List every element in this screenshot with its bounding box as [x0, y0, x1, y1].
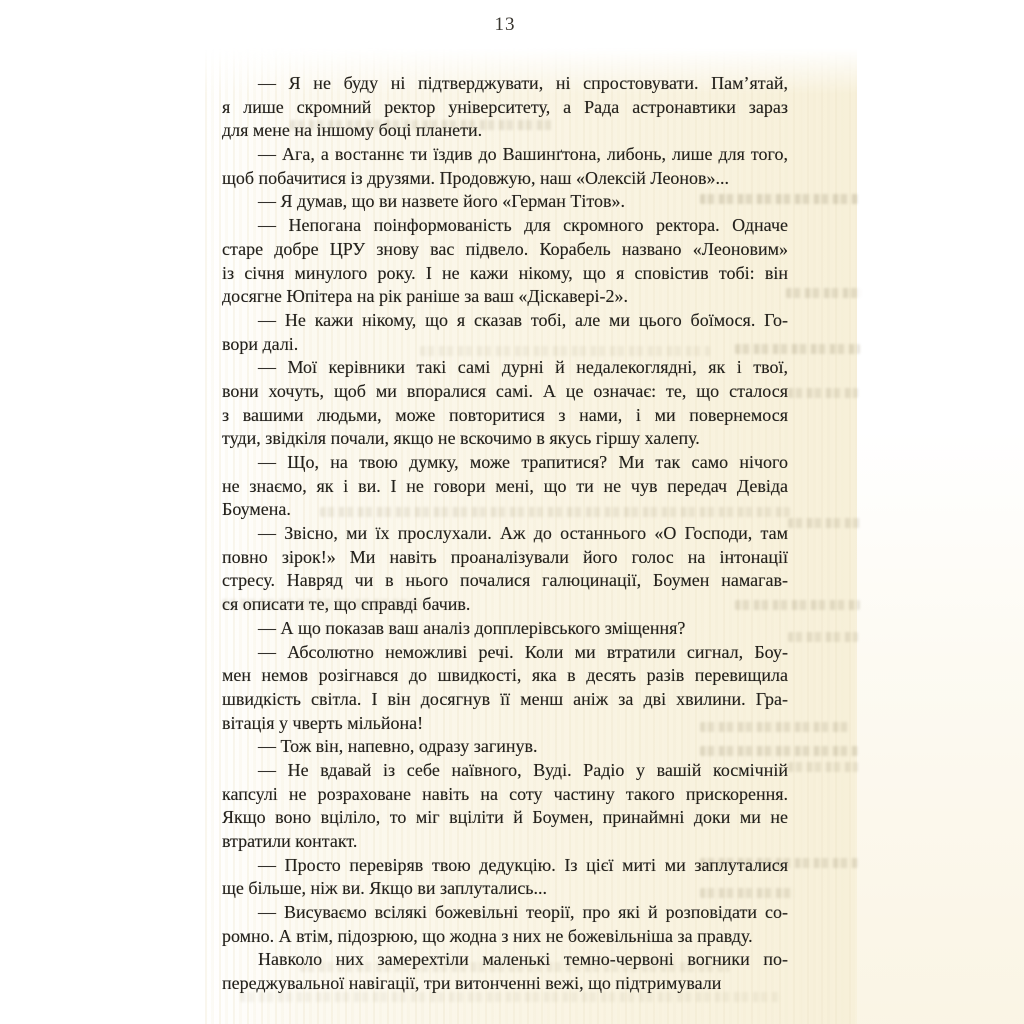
text-line: — Ага, а востаннє ти їздив до Вашинґтона…	[222, 143, 788, 167]
text-line: ся описати те, що справді бачив.	[222, 593, 788, 617]
bleed-through-artifact	[788, 632, 858, 642]
bleed-through-artifact	[786, 288, 862, 298]
text-line: вітація у чверть мільйона!	[222, 712, 788, 736]
paragraph: Навколо них замерехтіли маленькі темно-ч…	[222, 948, 788, 995]
bleed-through-artifact	[788, 762, 858, 772]
text-line: — Висуваємо всілякі божевільні теорії, п…	[222, 901, 788, 925]
text-line: щоб побачитися із друзями. Продовжую, на…	[222, 167, 788, 191]
text-line: капсулі не розраховане навіть на соту ча…	[222, 783, 788, 807]
paragraph: — Мої керівники такі самі дурні й недале…	[222, 356, 788, 451]
text-line: — Що, на твою думку, може трапитися? Ми …	[222, 451, 788, 475]
text-line: Навколо них замерехтіли маленькі темно-ч…	[222, 948, 788, 972]
text-line: — Я не буду ні підтверджувати, ні спрост…	[222, 72, 788, 96]
paragraph: — Тож він, напевно, одразу загинув.	[222, 735, 788, 759]
text-line: — Непогана поінформованість для скромног…	[222, 214, 788, 238]
paragraph: — Просто перевіряв твою дедукцію. Із ціє…	[222, 854, 788, 901]
bleed-through-artifact	[788, 388, 858, 398]
text-line: — Не кажи нікому, що я сказав тобі, але …	[222, 309, 788, 333]
text-line: для мене на іншому боці планети.	[222, 119, 788, 143]
text-line: швидкість світла. І він досягнув її менш…	[222, 688, 788, 712]
text-line: досягне Юпітера на рік раніше за ваш «Ді…	[222, 285, 788, 309]
text-line: ромно. А втім, підозрюю, що жодна з них …	[222, 925, 788, 949]
paragraph: — Що, на твою думку, може трапитися? Ми …	[222, 451, 788, 522]
paragraph: — Висуваємо всілякі божевільні теорії, п…	[222, 901, 788, 948]
text-line: Боумена.	[222, 498, 788, 522]
scanned-paper-texture-corner	[855, 430, 1024, 1024]
text-line: Якщо воно вціліло, то міг вціліти й Боум…	[222, 806, 788, 830]
text-line: — Тож він, напевно, одразу загинув.	[222, 735, 788, 759]
text-line: я лише скромний ректор університету, а Р…	[222, 96, 788, 120]
text-line: — Абсолютно неможливі речі. Коли ми втра…	[222, 641, 788, 665]
text-line: туди, звідкіля почали, якщо не вскочимо …	[222, 427, 788, 451]
text-line: — Я думав, що ви назвете його «Герман Ті…	[222, 190, 788, 214]
text-line: — Звісно, ми їх прослухали. Аж до останн…	[222, 522, 788, 546]
paragraph: — Непогана поінформованість для скромног…	[222, 214, 788, 309]
paragraph: — Не вдавай із себе наївного, Вуді. Раді…	[222, 759, 788, 854]
paragraph: — Абсолютно неможливі речі. Коли ми втра…	[222, 641, 788, 736]
text-line: — Просто перевіряв твою дедукцію. Із ціє…	[222, 854, 788, 878]
paragraph: — А що показав ваш аналіз допплерівськог…	[222, 617, 788, 641]
text-line: не знаємо, як і ви. І не говори мені, що…	[222, 475, 788, 499]
text-line: із січня минулого року. І не кажи нікому…	[222, 262, 788, 286]
text-column: — Я не буду ні підтверджувати, ні спрост…	[222, 72, 788, 996]
text-line: вони хочуть, щоб ми впоралися самі. А це…	[222, 380, 788, 404]
paragraph: — Я думав, що ви назвете його «Герман Ті…	[222, 190, 788, 214]
text-line: переджувальної навігації, три витонченні…	[222, 972, 788, 996]
text-line: — А що показав ваш аналіз допплерівськог…	[222, 617, 788, 641]
paragraph: — Звісно, ми їх прослухали. Аж до останн…	[222, 522, 788, 617]
text-line: з вашими людьми, може повторитися з нами…	[222, 404, 788, 428]
text-line: — Не вдавай із себе наївного, Вуді. Раді…	[222, 759, 788, 783]
text-line: мен немов розігнався до швидкості, яка в…	[222, 664, 788, 688]
text-line: повно зірок!» Ми навіть проаналізували й…	[222, 546, 788, 570]
text-line: втратили контакт.	[222, 830, 788, 854]
text-line: вори далі.	[222, 333, 788, 357]
text-line: стресу. Навряд чи в нього почалися галюц…	[222, 569, 788, 593]
page-number: 13	[222, 14, 788, 36]
paragraph: — Не кажи нікому, що я сказав тобі, але …	[222, 309, 788, 356]
text-line: — Мої керівники такі самі дурні й недале…	[222, 356, 788, 380]
text-line: ще більше, ніж ви. Якщо ви заплутались..…	[222, 877, 788, 901]
paragraph: — Я не буду ні підтверджувати, ні спрост…	[222, 72, 788, 143]
bleed-through-artifact	[788, 518, 860, 528]
paragraph: — Ага, а востаннє ти їздив до Вашинґтона…	[222, 143, 788, 190]
text-line: старе добре ЦРУ знову вас підвело. Кораб…	[222, 238, 788, 262]
